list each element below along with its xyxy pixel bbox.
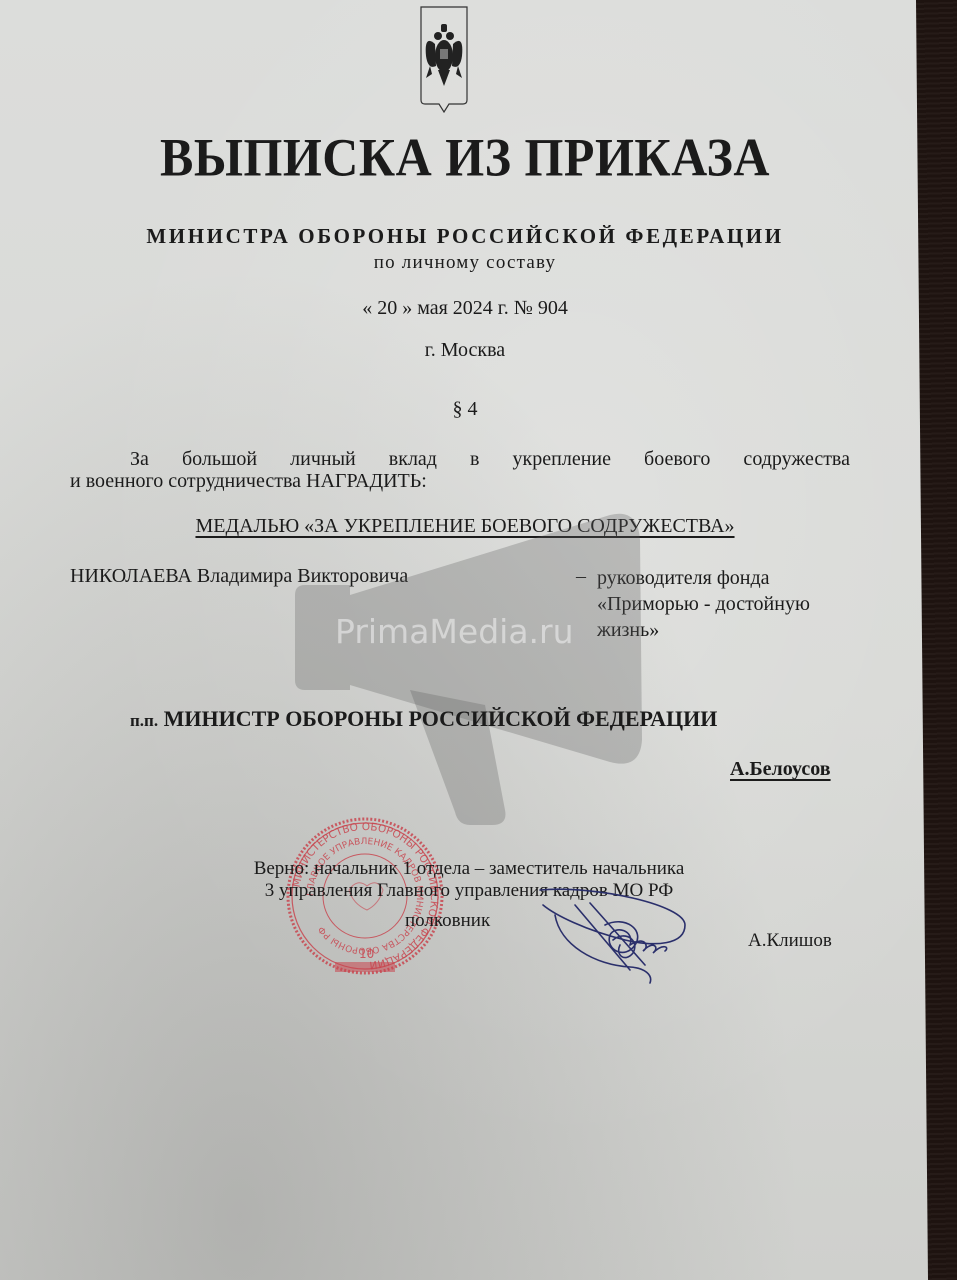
coat-of-arms-icon: [418, 4, 470, 116]
body-text-line-1: За большой личный вклад в укрепление бое…: [70, 448, 850, 471]
awardee-position-line: руководителя фонда: [597, 565, 857, 591]
awardee-name: НИКОЛАЕВА Владимира Викторовича: [70, 565, 408, 588]
certifier-rank: полковник: [405, 910, 490, 932]
certifier-name: А.Клишов: [748, 930, 832, 952]
stamp-number: 10: [359, 947, 374, 961]
awardee-position: руководителя фонда «Приморью - достойную…: [597, 565, 857, 643]
watermark-text: PrimaMedia.ru: [335, 612, 574, 651]
city: г. Москва: [0, 339, 930, 362]
signatory-title: п.п. МИНИСТР ОБОРОНЫ РОССИЙСКОЙ ФЕДЕРАЦИ…: [130, 706, 717, 732]
signature-icon: [535, 885, 705, 985]
document-title: ВЫПИСКА ИЗ ПРИКАЗА: [0, 126, 930, 189]
awardee-dash: –: [576, 565, 586, 588]
signatory-prefix: п.п.: [130, 711, 158, 730]
awardee-position-line: «Приморью - достойную: [597, 591, 857, 617]
body-text-line-2: и военного сотрудничества НАГРАДИТЬ:: [70, 470, 427, 493]
signatory-name: А.Белоусов: [730, 758, 831, 781]
certification-line-1: Верно: начальник 1 отдела – заместитель …: [8, 858, 930, 880]
issuer: МИНИСТРА ОБОРОНЫ РОССИЙСКОЙ ФЕДЕРАЦИИ: [0, 224, 930, 249]
section-number: § 4: [0, 398, 930, 421]
certification-line-2: 3 управления Главного управления кадров …: [8, 880, 930, 902]
issuer-subtitle: по личному составу: [0, 252, 930, 274]
certification-text: Верно: начальник 1 отдела – заместитель …: [0, 858, 930, 902]
order-date-number: « 20 » мая 2024 г. № 904: [0, 297, 930, 320]
awardee-position-line: жизнь»: [597, 617, 857, 643]
signatory-title-text: МИНИСТР ОБОРОНЫ РОССИЙСКОЙ ФЕДЕРАЦИИ: [164, 706, 718, 731]
award-name: МЕДАЛЬЮ «ЗА УКРЕПЛЕНИЕ БОЕВОГО СОДРУЖЕСТ…: [0, 515, 930, 538]
